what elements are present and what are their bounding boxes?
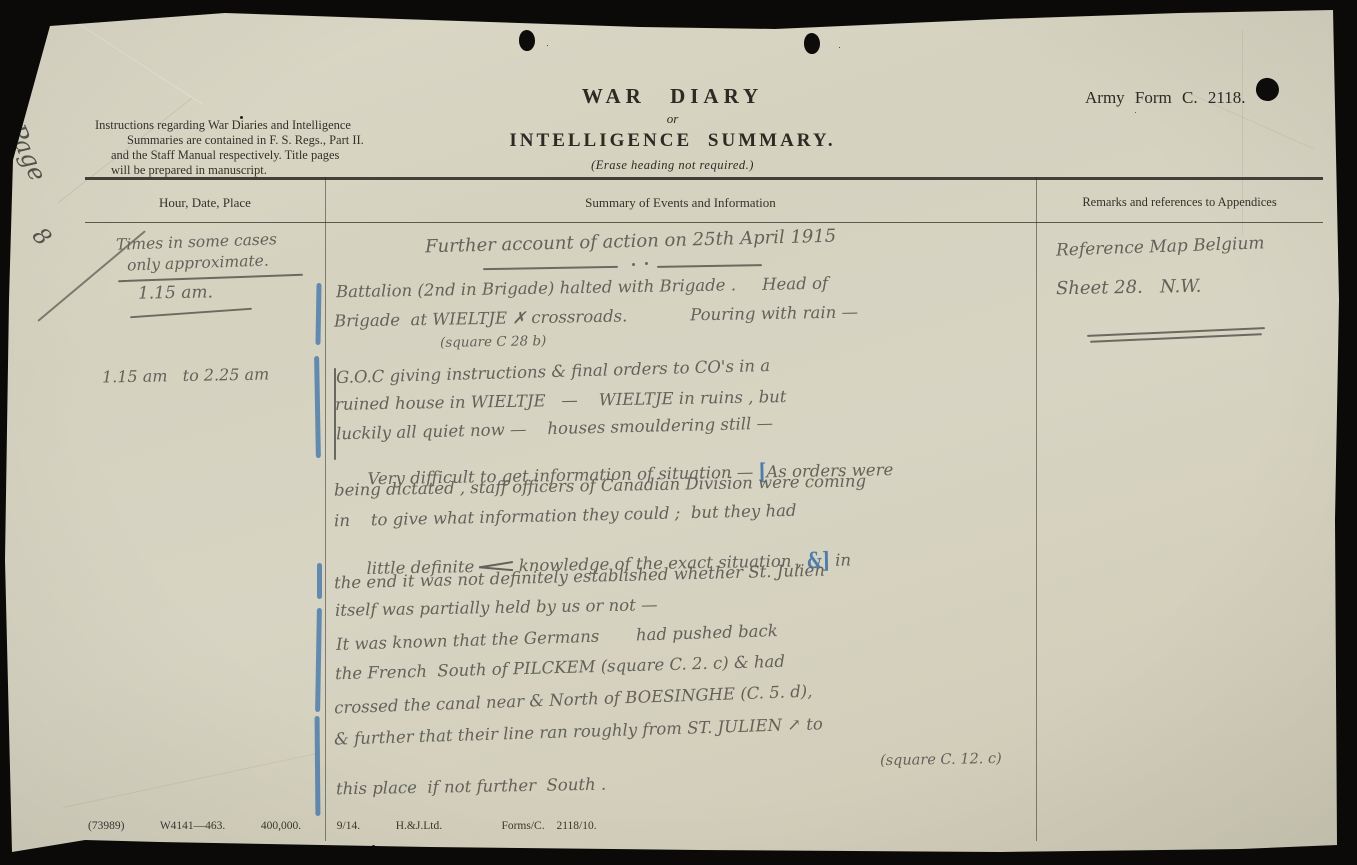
- crease-line: [63, 753, 318, 808]
- pencil-underline: [130, 308, 252, 319]
- paper-sheet: Page 8 Instructions regarding War Diarie…: [0, 0, 1357, 865]
- diary-line: Brigade at WIELTJE ✗ crossroads. Pouring…: [334, 302, 858, 330]
- blue-margin-mark: [314, 356, 321, 458]
- diary-line: Battalion (2nd in Brigade) halted with B…: [336, 274, 828, 302]
- hour-entry: 1.15 am to 2.25 am: [102, 365, 270, 387]
- diary-line: luckily all quiet now — houses smoulderi…: [336, 414, 773, 444]
- pencil-underline: [118, 274, 303, 282]
- blue-margin-mark: [315, 608, 322, 712]
- instructions-note: Instructions regarding War Diaries and I…: [95, 118, 413, 178]
- table-header-rule: [85, 222, 1323, 223]
- diary-line: & further that their line ran roughly fr…: [334, 714, 823, 748]
- margin-page-number: 8: [27, 223, 56, 251]
- pencil-underline: [483, 266, 618, 270]
- instructions-line: Summaries are contained in F. S. Regs., …: [95, 133, 413, 148]
- hour-entry: Times in some cases: [116, 230, 278, 254]
- pen-margin-mark: [334, 368, 336, 460]
- army-form-number: Army Form C. 2118.: [1085, 88, 1245, 108]
- crease-line: [68, 17, 203, 105]
- form-subtitle: INTELLIGENCE SUMMARY.: [450, 130, 895, 152]
- scanned-document: Page 8 Instructions regarding War Diarie…: [0, 0, 1357, 865]
- diary-line: (square C 28 b): [440, 333, 547, 351]
- pencil-dots: [632, 263, 635, 266]
- form-heading-note: (Erase heading not required.): [450, 158, 895, 173]
- blue-margin-mark: [315, 283, 321, 345]
- diary-line: this place if not further South .: [336, 775, 606, 799]
- instructions-line: will be prepared in manuscript.: [95, 163, 413, 178]
- column-divider-right: [1036, 177, 1037, 841]
- form-title-block: WAR DIARY or INTELLIGENCE SUMMARY. (Eras…: [450, 84, 895, 173]
- form-title: WAR DIARY: [450, 84, 895, 109]
- diary-line: itself was partially held by us or not —: [335, 595, 658, 620]
- pencil-underline: [657, 264, 762, 268]
- column-header-remarks: Remarks and references to Appendices: [1036, 195, 1323, 210]
- hour-entry: only approximate.: [127, 252, 269, 275]
- diary-line: crossed the canal near & North of BOESIN…: [334, 682, 813, 718]
- entry-heading: Further account of action on 25th April …: [425, 226, 837, 258]
- remarks-entry: Reference Map Belgium: [1056, 233, 1265, 260]
- diary-line: It was known that the Germans had pushed…: [336, 621, 778, 654]
- hour-entry: 1.15 am.: [138, 282, 213, 303]
- diary-line: ruined house in WIELTJE — WIELTJE in rui…: [335, 387, 787, 414]
- diary-line: the French South of PILCKEM (square C. 2…: [335, 652, 785, 684]
- diary-line-text: in: [830, 550, 851, 569]
- margin-page-word: Page: [2, 120, 52, 185]
- printers-footer: (73989) W4141—463. 400,000. 9/14. H.&J.L…: [88, 820, 597, 832]
- table-top-rule: [85, 177, 1323, 180]
- instructions-line: Instructions regarding War Diaries and I…: [95, 118, 413, 133]
- diary-line: (square C. 12. c): [880, 751, 1002, 769]
- blue-margin-mark: [317, 563, 322, 599]
- column-header-summary: Summary of Events and Information: [325, 195, 1036, 211]
- paper-specks: [0, 0, 3, 3]
- remarks-entry: Sheet 28. N.W.: [1056, 276, 1202, 300]
- column-divider-left: [325, 177, 326, 841]
- column-header-hour: Hour, Date, Place: [85, 195, 325, 211]
- instructions-line: and the Staff Manual respectively. Title…: [95, 148, 413, 163]
- form-title-or: or: [450, 111, 895, 127]
- diary-line: G.O.C giving instructions & final orders…: [336, 356, 771, 387]
- blue-margin-mark: [315, 716, 321, 816]
- punch-hole: [804, 33, 820, 54]
- punch-hole: [519, 30, 535, 51]
